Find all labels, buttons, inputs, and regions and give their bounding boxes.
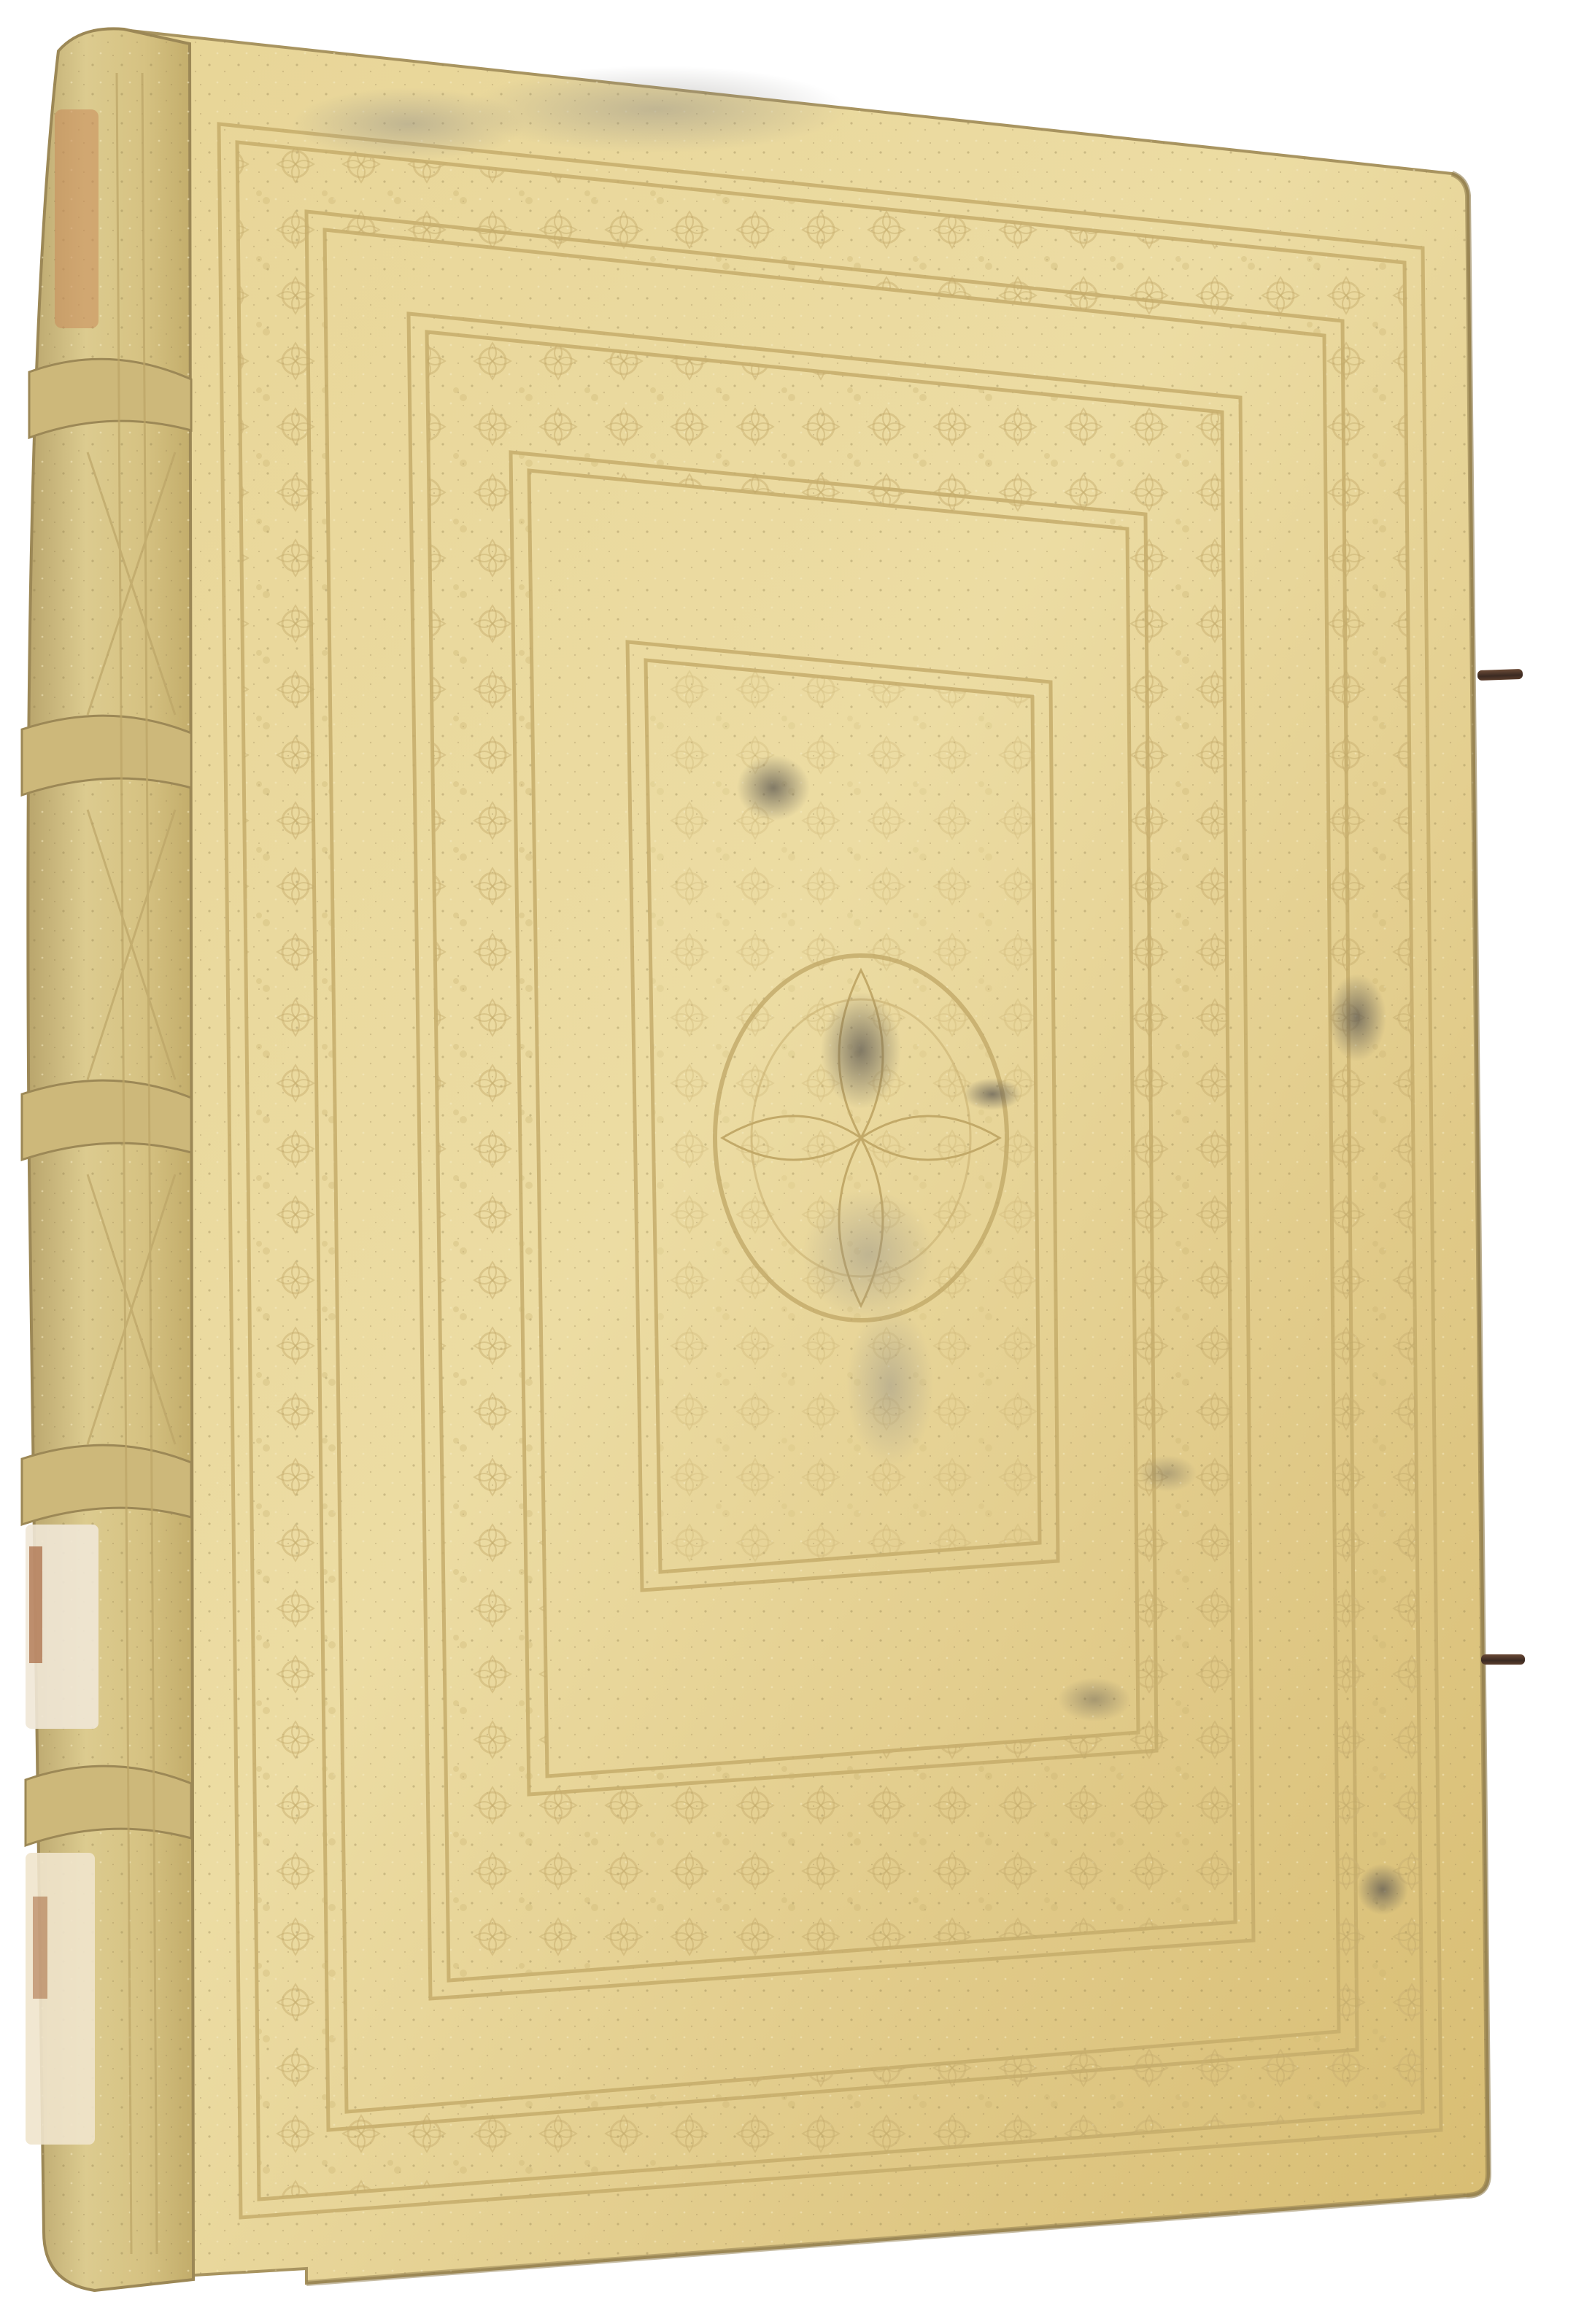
spine	[22, 28, 193, 2290]
spine-label-top	[55, 109, 98, 328]
book-photo	[0, 0, 1584, 2324]
clasp-pin-upper	[1477, 669, 1523, 681]
book	[0, 0, 1584, 2324]
clasp-pin-lower	[1481, 1654, 1525, 1665]
book-illustration	[0, 0, 1584, 2324]
